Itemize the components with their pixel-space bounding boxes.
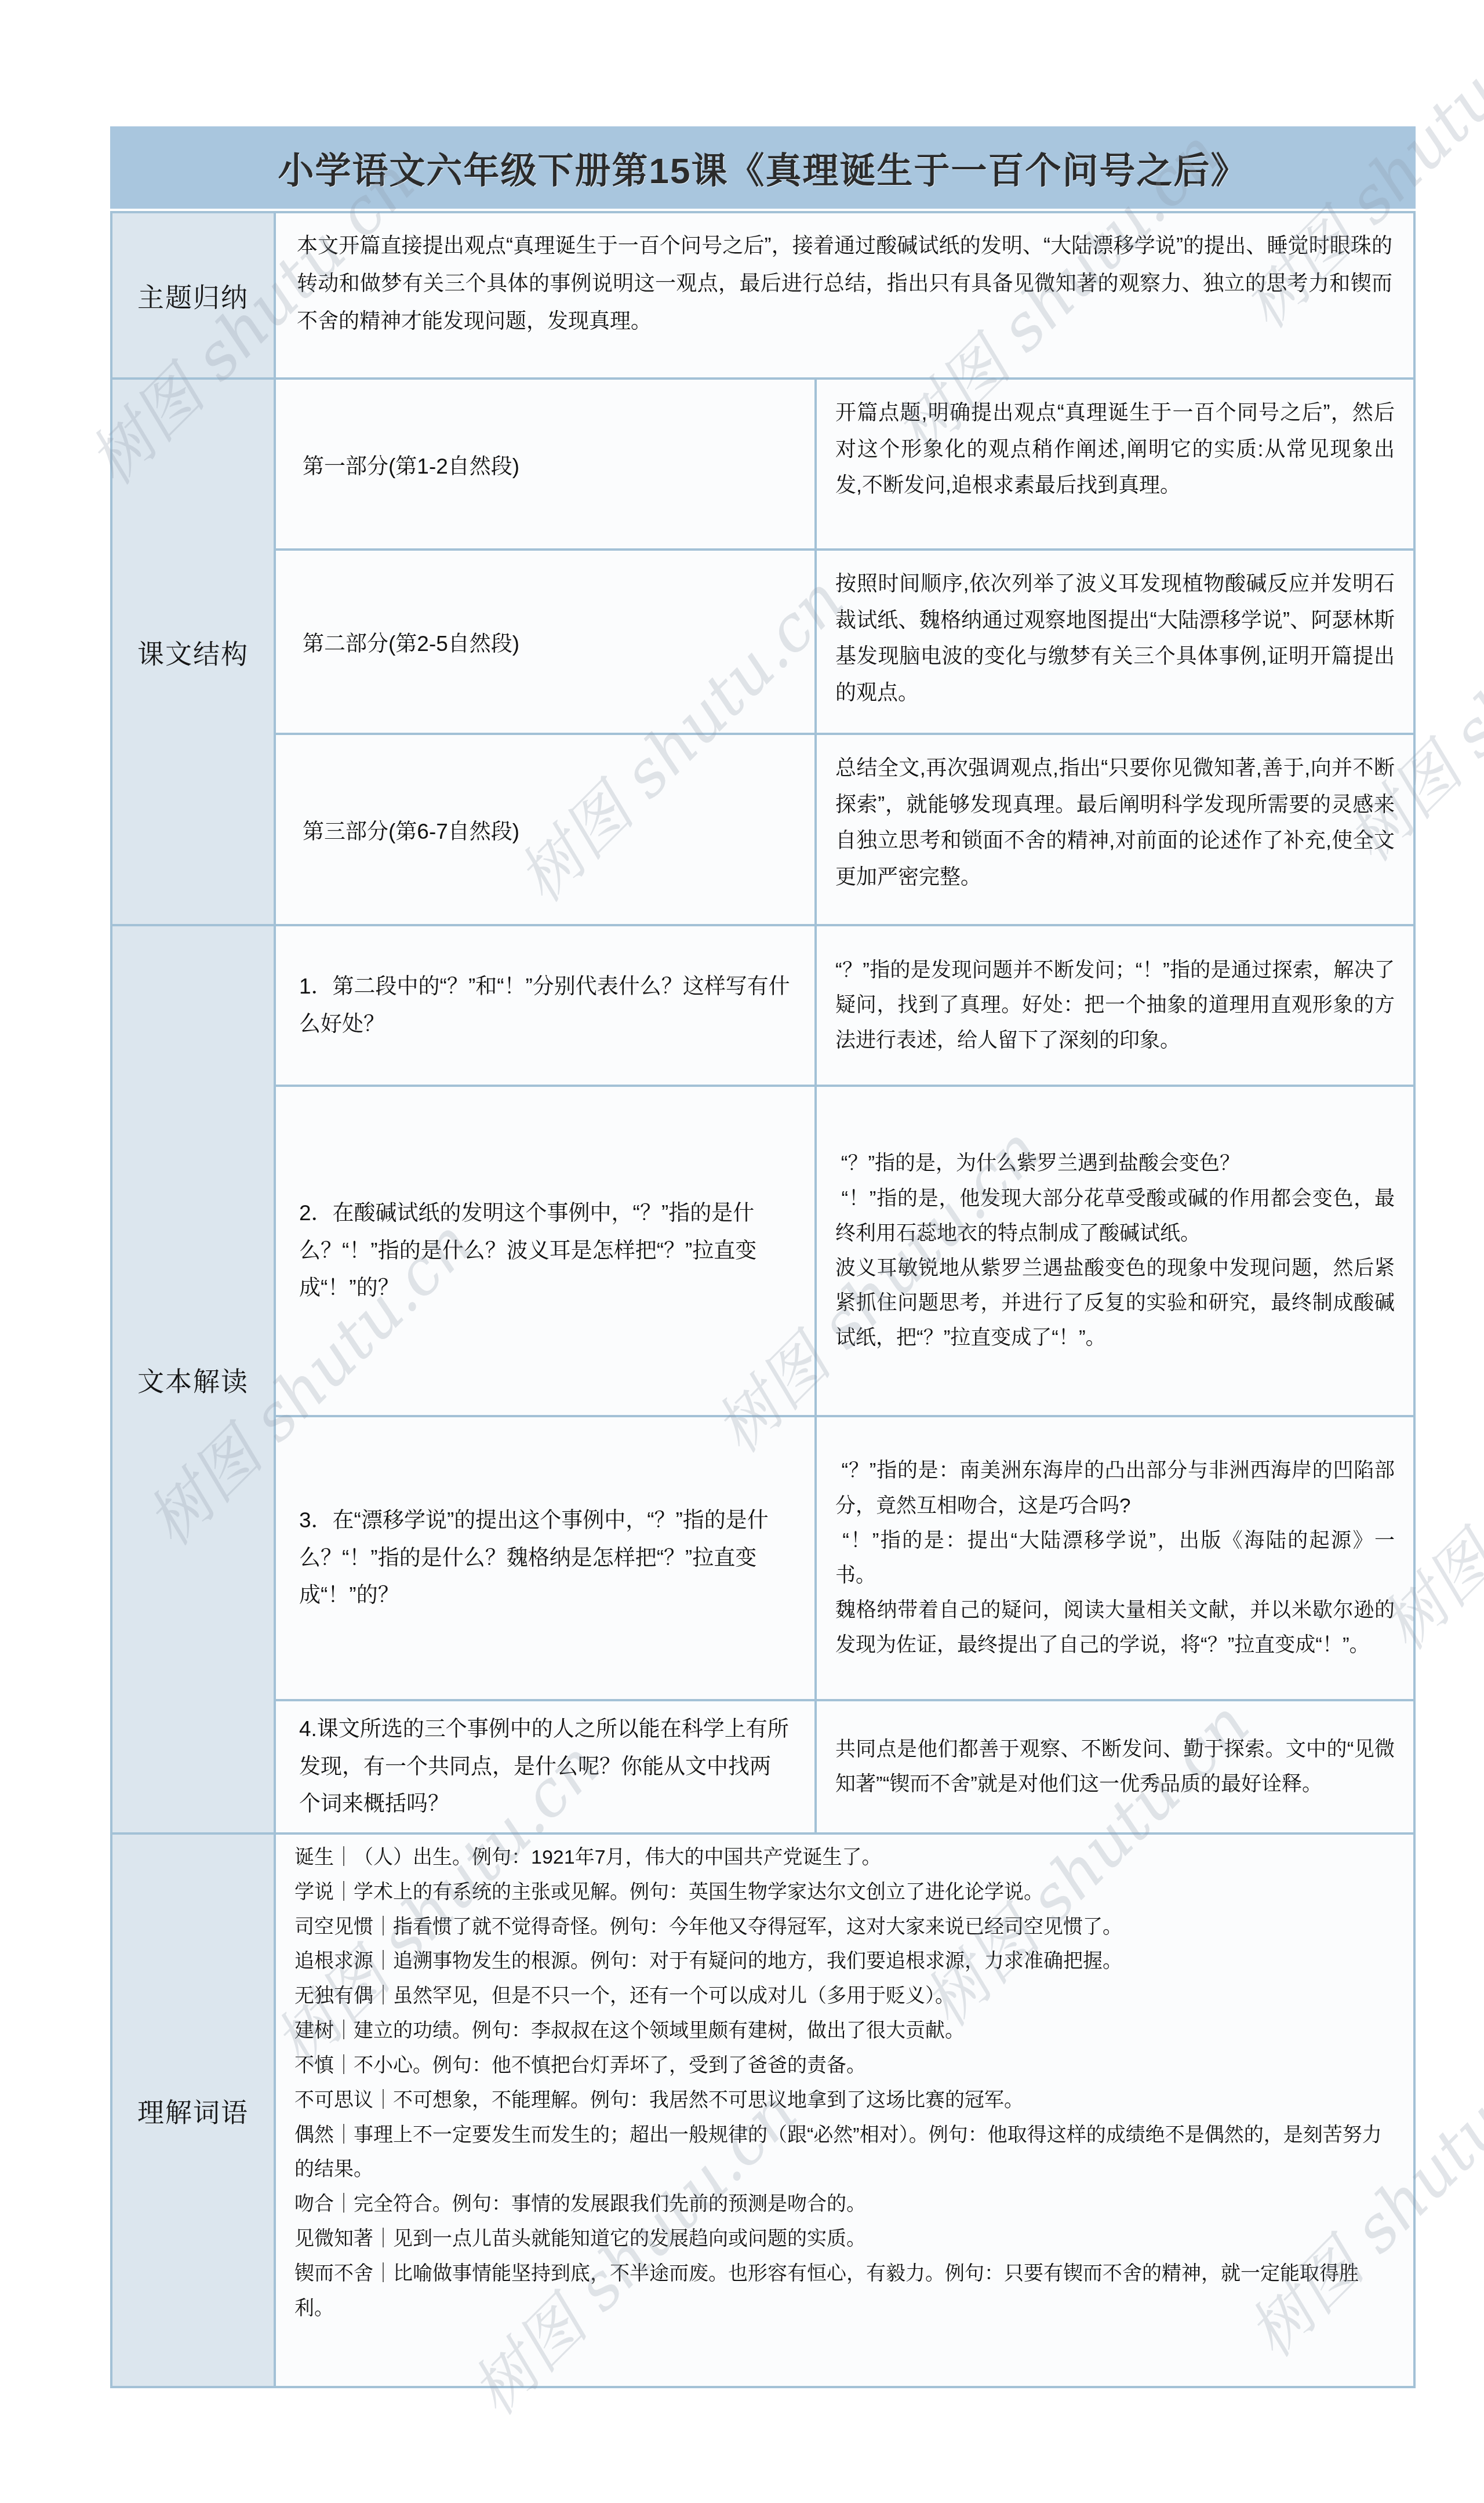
analysis-question-2: 2．在酸碱试纸的发明这个事例中，“？”指的是什么？“！”指的是什么？波义耳是怎样… xyxy=(276,1087,814,1415)
section-label-theme: 主题归纳 xyxy=(112,213,274,377)
structure-desc-3: 总结全文,再次强调观点,指出“只要你见微知著,善于,向并不断探索”，就能够发现真… xyxy=(817,735,1413,924)
words-entry-1: 诞生｜（人）出生。例句：1921年7月，伟大的中国共产党诞生了。 xyxy=(294,1840,1395,1875)
words-entry-3: 司空见惯｜指看惯了就不觉得奇怪。例句：今年他又夺得冠军，这对大家来说已经司空见惯… xyxy=(294,1910,1395,1945)
words-entry-5: 无独有偶｜虽然罕见，但是不只一个，还有一个可以成对儿（多用于贬义）。 xyxy=(294,1979,1395,2014)
analysis-answer-3: “？”指的是：南美洲东海岸的凸出部分与非洲西海岸的凹陷部分，竟然互相吻合，这是巧… xyxy=(817,1417,1413,1699)
words-entry-9: 偶然｜事理上不一定要发生而发生的；超出一般规律的（跟“必然”相对）。例句：他取得… xyxy=(294,2118,1395,2188)
structure-part-1: 第一部分(第1-2自然段) xyxy=(276,380,814,548)
words-entry-2: 学说｜学术上的有系统的主张或见解。例句：英国生物学家达尔文创立了进化论学说。 xyxy=(294,1875,1395,1910)
analysis-answer-2: “？”指的是，为什么紫罗兰遇到盐酸会变色？ “！”指的是，他发现大部分花草受酸或… xyxy=(817,1087,1413,1415)
words-entry-7: 不慎｜不小心。例句：他不慎把台灯弄坏了，受到了爸爸的责备。 xyxy=(294,2049,1395,2083)
analysis-question-1: 1．第二段中的“？”和“！”分别代表什么？这样写有什么好处？ xyxy=(276,926,814,1085)
analysis-question-3: 3．在“漂移学说”的提出这个事例中，“？”指的是什么？“！”指的是什么？魏格纳是… xyxy=(276,1417,814,1699)
analysis-answer-4: 共同点是他们都善于观察、不断发问、勤于探索。文中的“见微知著”“锲而不舍”就是对… xyxy=(817,1701,1413,1832)
structure-desc-2: 按照时间顺序,依次列举了波义耳发现植物酸碱反应并发明石裁试纸、魏格纳通过观察地图… xyxy=(817,551,1413,733)
page-title: 小学语文六年级下册第15课《真理诞生于一百个问号之后》 xyxy=(110,126,1416,209)
theme-content: 本文开篇直接提出观点“真理诞生于一百个问号之后”，接着通过酸碱试纸的发明、“大陆… xyxy=(276,213,1413,377)
content-table: 主题归纳 本文开篇直接提出观点“真理诞生于一百个问号之后”，接着通过酸碱试纸的发… xyxy=(110,211,1416,2388)
structure-desc-1: 开篇点题,明确提出观点“真理诞生于一百个同号之后”，然后对这个形象化的观点稍作阐… xyxy=(817,380,1413,548)
words-content: 诞生｜（人）出生。例句：1921年7月，伟大的中国共产党诞生了。 学说｜学术上的… xyxy=(276,1835,1413,2386)
words-entry-10: 吻合｜完全符合。例句：事情的发展跟我们先前的预测是吻合的。 xyxy=(294,2187,1395,2222)
structure-part-2: 第二部分(第2-5自然段) xyxy=(276,551,814,733)
words-entry-8: 不可思议｜不可想象，不能理解。例句：我居然不可思议地拿到了这场比赛的冠军。 xyxy=(294,2083,1395,2118)
words-entry-6: 建树｜建立的功绩。例句：李叔叔在这个领域里颇有建树，做出了很大贡献。 xyxy=(294,2014,1395,2049)
section-label-structure: 课文结构 xyxy=(112,380,274,924)
words-entry-4: 追根求源｜追溯事物发生的根源。例句：对于有疑问的地方，我们要追根求源，力求准确把… xyxy=(294,1944,1395,1979)
structure-part-3: 第三部分(第6-7自然段) xyxy=(276,735,814,924)
analysis-answer-1: “？”指的是发现问题并不断发问；“！”指的是通过探索，解决了疑问，找到了真理。好… xyxy=(817,926,1413,1085)
page: 小学语文六年级下册第15课《真理诞生于一百个问号之后》 主题归纳 本文开篇直接提… xyxy=(0,0,1484,2503)
section-label-words: 理解词语 xyxy=(112,1835,274,2386)
analysis-question-4: 4.课文所选的三个事例中的人之所以能在科学上有所发现，有一个共同点，是什么呢？你… xyxy=(276,1701,814,1832)
words-entry-11: 见微知著｜见到一点儿苗头就能知道它的发展趋向或问题的实质。 xyxy=(294,2222,1395,2257)
words-entry-12: 锲而不舍｜比喻做事情能坚持到底，不半途而废。也形容有恒心，有毅力。例句：只要有锲… xyxy=(294,2257,1395,2326)
section-label-analysis: 文本解读 xyxy=(112,926,274,1832)
